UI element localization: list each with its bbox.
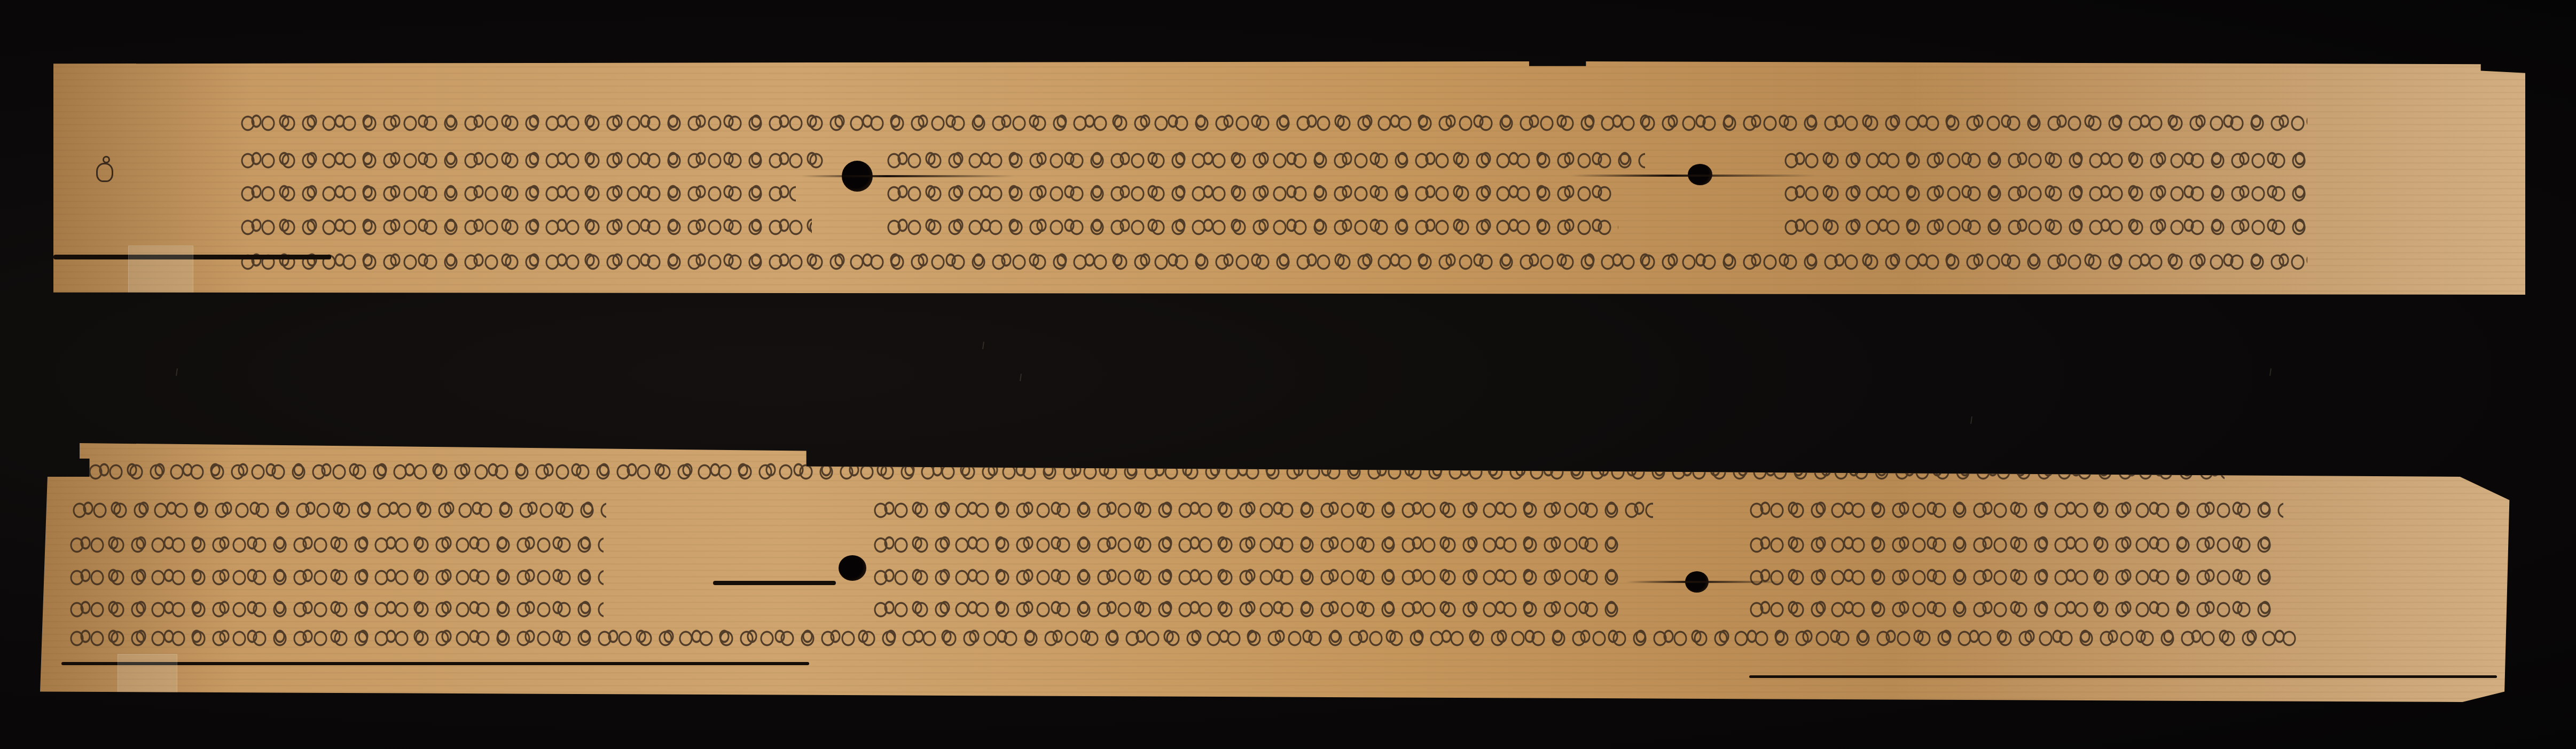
tape-repair <box>128 246 193 295</box>
script-line <box>240 147 828 172</box>
script-line <box>1749 596 2273 621</box>
script-line <box>887 214 1618 239</box>
script-line <box>240 214 812 239</box>
script-line <box>69 596 604 621</box>
bottom-split <box>1749 675 2497 678</box>
hole-split <box>1626 581 1787 583</box>
script-line <box>1749 496 2283 522</box>
hole-split <box>801 175 1015 177</box>
script-line <box>69 625 2297 650</box>
script-line <box>240 109 2307 135</box>
upper-palm-leaf: Upper folio <box>53 61 2525 295</box>
script-line <box>240 248 2307 274</box>
script-line <box>1749 564 2273 589</box>
script-line <box>72 496 606 522</box>
script-line <box>873 531 1621 557</box>
script-line <box>887 180 1613 206</box>
script-line <box>1784 180 2307 206</box>
script-line <box>69 531 604 557</box>
script-line <box>240 180 796 206</box>
lower-palm-leaf: Lower folio <box>40 443 2512 702</box>
script-line <box>1749 531 2273 557</box>
script-line <box>1784 147 2307 172</box>
script-line <box>873 596 1621 621</box>
script-line <box>873 496 1653 522</box>
script-line <box>1784 214 2307 239</box>
hole-split <box>1570 175 1816 177</box>
script-line <box>69 564 604 589</box>
string-hole <box>839 555 866 581</box>
edge-crack <box>713 581 836 585</box>
script-line <box>887 147 1645 172</box>
margin-glyph-mark <box>96 163 113 182</box>
script-line <box>873 564 1621 589</box>
